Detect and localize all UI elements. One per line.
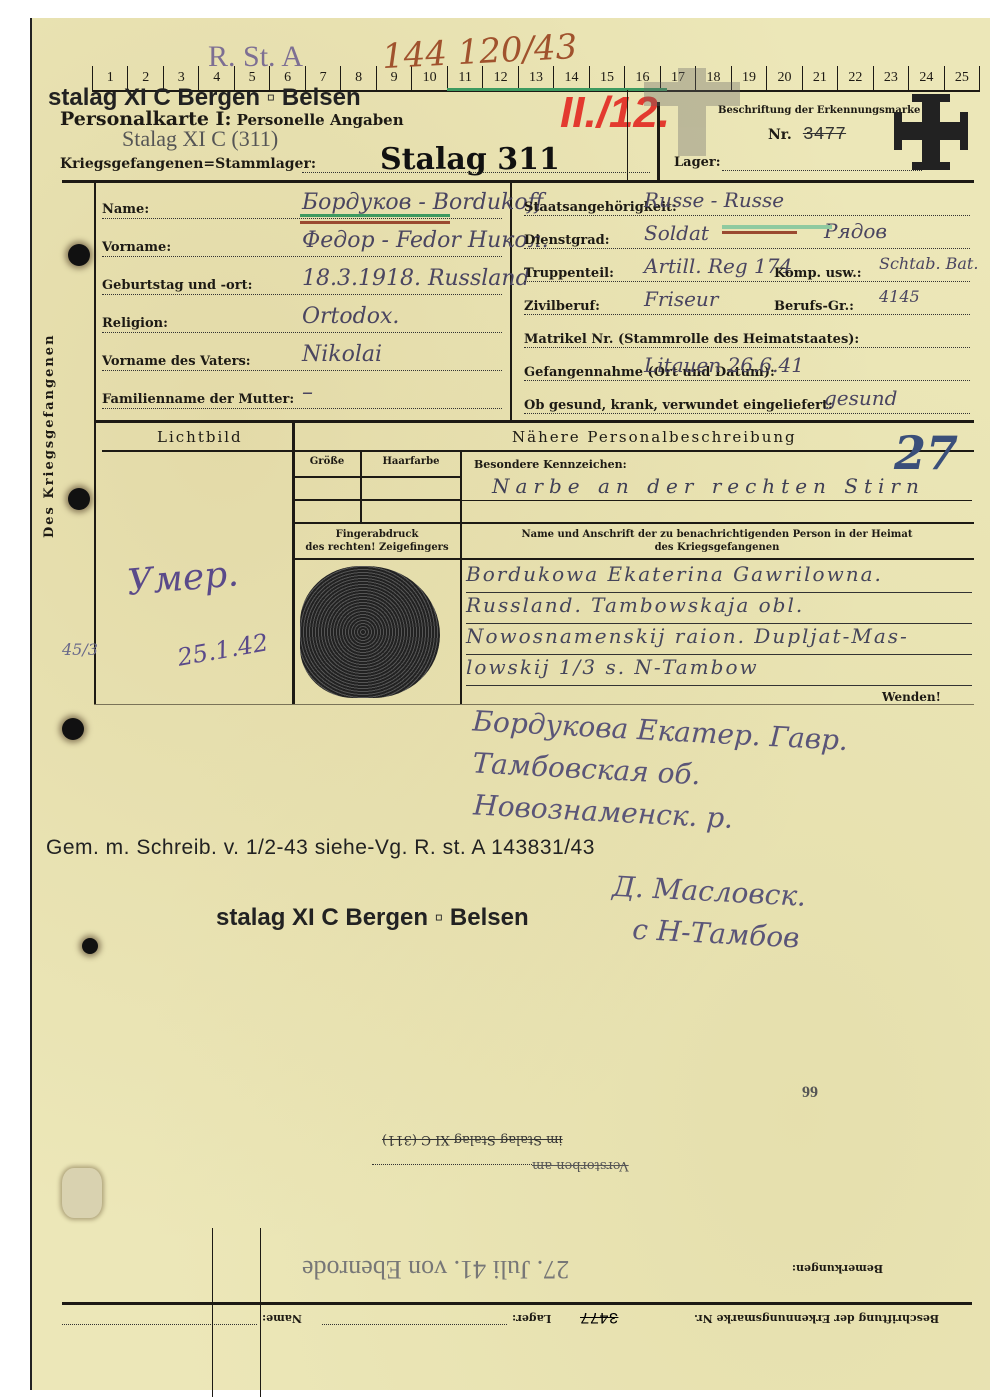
id-tag-nr-label: Nr.	[768, 127, 792, 143]
field-label: Berufs-Gr.:	[774, 299, 854, 314]
field-value: Litauen 26.6.41	[644, 353, 804, 377]
grid-line	[360, 450, 362, 522]
side-label: Des Kriegsgefangenen	[42, 333, 57, 538]
field-label: Zivilberuf:	[524, 299, 600, 314]
dotline	[524, 248, 970, 249]
field-label: Truppenteil:	[524, 266, 614, 281]
inverted-section-line	[62, 1302, 972, 1305]
grid-line	[294, 558, 974, 560]
fold-mark	[260, 1228, 261, 1397]
field-value: Бордуков - Bordukoff	[302, 190, 543, 215]
brown-underline	[722, 231, 797, 234]
field-row: Truppenteil: Artill. Reg 174Komp. usw.: …	[524, 252, 970, 285]
ruler-cell: 21	[802, 66, 837, 90]
fold-line	[94, 704, 974, 705]
dotline	[524, 347, 970, 348]
photo-header: Lichtbild	[157, 428, 243, 446]
rule-line	[462, 500, 972, 501]
death-date: 25.1.42	[175, 628, 270, 671]
fingerprint-image	[300, 566, 440, 698]
contact-header-line2: des Kriegsgefangenen	[462, 541, 972, 554]
field-label: Vorname des Vaters:	[102, 354, 251, 369]
field-row: Geburtstag und -ort: 18.3.1918. Russland	[102, 262, 502, 300]
contact-line: Russland. Tambowskaja obl.	[466, 593, 972, 624]
ruler-cell: 14	[553, 66, 588, 90]
grid-line	[294, 499, 460, 501]
fingerprint-label-line2: des rechten! Zeigefingers	[294, 541, 460, 554]
pow-personnel-card: 1234567891011121314151617181920212223242…	[30, 18, 990, 1390]
inverted-crossed-line2: Verstorben am	[532, 1158, 629, 1173]
field-value: Nikolai	[302, 342, 382, 367]
field-value-extra: Рядов	[824, 219, 887, 243]
field-value: gesund	[824, 386, 897, 410]
id-tag-label: Beschriftung der Erkennungsmarke	[718, 105, 920, 116]
field-value: 4145	[879, 287, 920, 306]
dotline	[62, 1324, 257, 1325]
ruler-cell: 15	[589, 66, 624, 90]
inverted-remarks-value: 27. Juli 41. von Ebenrode	[302, 1254, 569, 1284]
number-99: 99	[802, 1084, 818, 1102]
details-header-line	[294, 450, 974, 452]
height-label: Größe	[294, 456, 360, 467]
field-row: Religion: Ortodox.	[102, 300, 502, 338]
field-value: Friseur	[644, 287, 718, 311]
id-tag-row: Nr. 3477	[768, 124, 846, 145]
inverted-id-value: 3477	[580, 1308, 618, 1326]
dotline	[524, 314, 970, 315]
marks-label: Besondere Kennzeichen:	[474, 458, 627, 471]
lager-label: Lager:	[674, 155, 721, 170]
contact-header-line1: Name und Anschrift der zu benachrichtige…	[462, 528, 972, 541]
hair-label: Haarfarbe	[362, 456, 460, 467]
section-divider	[94, 420, 974, 423]
brown-underline	[300, 221, 450, 224]
ruler-cell: 22	[837, 66, 872, 90]
inverted-name-label: Name:	[262, 1312, 302, 1325]
field-label: Vorname:	[102, 240, 171, 255]
inverted-id-label: Beschriftung der Erkennungsmarke Nr.	[694, 1312, 939, 1325]
contact-header: Name und Anschrift der zu benachrichtige…	[462, 528, 972, 554]
inverted-remarks-label: Bemerkungen:	[792, 1262, 883, 1275]
grid-line	[460, 450, 462, 704]
green-underline	[300, 214, 450, 217]
dotline	[102, 332, 502, 333]
fingerprint-label: Fingerabdruck des rechten! Zeigefingers	[294, 528, 460, 554]
punch-hole	[62, 718, 84, 740]
grid-line	[294, 476, 460, 478]
contact-line: lowskij 1/3 s. N-Tambow	[466, 655, 972, 686]
field-label: Familienname der Mutter:	[102, 392, 294, 407]
field-label: Dienstgrad:	[524, 233, 610, 248]
camp-stamp-bottom: stalag XI C Bergen ▫ Belsen	[216, 904, 529, 932]
field-label: Ob gesund, krank, verwundet eingeliefert…	[524, 398, 833, 413]
turn-over-label: Wenden!	[882, 690, 941, 704]
marks-number: 27	[894, 426, 958, 480]
punch-hole	[68, 488, 90, 510]
dotline	[102, 218, 502, 219]
field-label: Komp. usw.:	[774, 266, 862, 281]
inverted-lager-label: Lager:	[512, 1312, 551, 1325]
contact-line: Bordukowa Ekaterina Gawrilowna.	[466, 562, 972, 593]
frame-top	[62, 180, 974, 183]
dotline	[524, 413, 970, 414]
field-label: Religion:	[102, 316, 168, 331]
ruler-cell: 24	[908, 66, 943, 90]
stalag-xic-stamp: Stalag XI C (311)	[122, 126, 278, 152]
field-label: Geburtstag und -ort:	[102, 278, 252, 293]
ruler-cell: 25	[944, 66, 980, 90]
field-value: Russe - Russe	[644, 188, 784, 212]
field-value: Artill. Reg 174	[644, 254, 792, 278]
field-row: Vorname des Vaters: Nikolai	[102, 338, 502, 376]
death-note: Умер.	[125, 553, 240, 604]
field-row: Gefangennahme (Ort und Datum): Litauen 2…	[524, 351, 970, 384]
stammlager-value: Stalag 311	[380, 142, 560, 177]
field-row: Familienname der Mutter: –	[102, 376, 502, 414]
inverted-crossed-line1: im Stalag Stalag XI C (311)	[382, 1132, 563, 1147]
fold-mark	[212, 1228, 213, 1397]
dotline	[372, 1164, 532, 1165]
field-label: Name:	[102, 202, 149, 217]
field-row: Dienstgrad: SoldatРядов	[524, 219, 970, 252]
contact-lines: Bordukowa Ekaterina Gawrilowna.Russland.…	[466, 562, 972, 686]
field-row: Name: Бордуков - Bordukoff	[102, 186, 502, 224]
field-row: Staatsangehörigkeit: Russe - Russe	[524, 186, 970, 219]
frame-left	[94, 180, 96, 704]
fingerprint-label-line1: Fingerabdruck	[294, 528, 460, 541]
field-row: Vorname: Федор - Fedor Никол.	[102, 224, 502, 262]
field-value: –	[302, 380, 313, 405]
column-divider	[510, 180, 512, 420]
field-label: Matrikel Nr. (Stammrolle des Heimatstaat…	[524, 332, 859, 347]
dotline	[524, 215, 970, 216]
field-value: Федор - Fedor Никол.	[302, 228, 549, 253]
marks-value: Narbe an der rechten Stirn	[492, 474, 925, 498]
green-underline	[722, 225, 832, 229]
field-value: Soldat	[644, 221, 709, 245]
id-tag-nr-value: 3477	[803, 125, 846, 145]
grid-line	[294, 522, 974, 524]
ruler-cell: 20	[766, 66, 801, 90]
dotline	[524, 380, 970, 381]
field-row: Ob gesund, krank, verwundet eingeliefert…	[524, 384, 970, 417]
margin-note: 45/3	[62, 640, 98, 659]
field-value: Ortodox.	[302, 304, 399, 329]
dotline	[102, 256, 502, 257]
torn-hole	[62, 1168, 102, 1218]
dotline	[102, 408, 502, 409]
dotline	[322, 1324, 507, 1325]
photo-header-line	[102, 450, 292, 452]
dotline	[102, 370, 502, 371]
contact-line: Nowosnamenskij raion. Dupljat-Mas-	[466, 624, 972, 655]
personal-fields-right: Staatsangehörigkeit: Russe - RusseDienst…	[524, 186, 970, 417]
rsta-stamp: R. St. A	[208, 40, 303, 74]
field-value: 18.3.1918. Russland	[302, 266, 530, 291]
cross-icon	[894, 94, 968, 170]
lager-dotline	[722, 170, 922, 171]
details-header: Nähere Personalbeschreibung	[512, 428, 797, 446]
divider	[627, 90, 628, 180]
punch-hole	[82, 938, 98, 954]
typed-note: Gem. m. Schreib. v. 1/2-43 siehe-Vg. R. …	[46, 836, 595, 860]
dotline	[102, 294, 502, 295]
stammlager-label: Kriegsgefangenen=Stammlager:	[60, 156, 316, 172]
dotline	[524, 281, 970, 282]
ruler-cell: 23	[873, 66, 908, 90]
punch-hole	[68, 244, 90, 266]
field-row: Zivilberuf: FriseurBerufs-Gr.: 4145	[524, 285, 970, 318]
field-value: Schtab. Bat.	[879, 254, 978, 273]
field-row: Matrikel Nr. (Stammrolle des Heimatstaat…	[524, 318, 970, 351]
